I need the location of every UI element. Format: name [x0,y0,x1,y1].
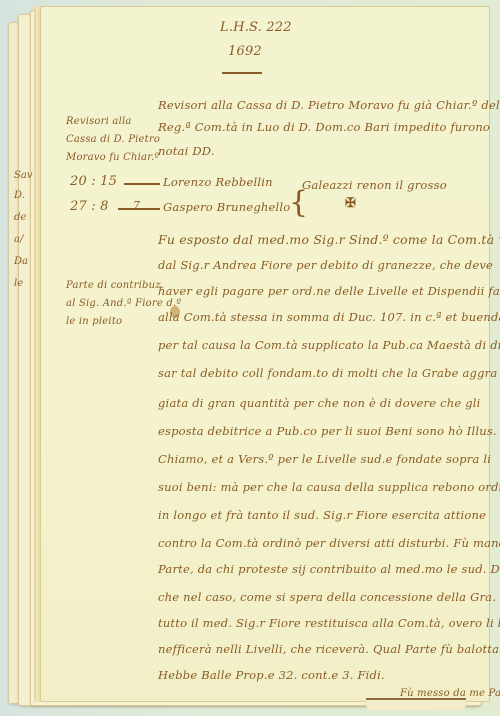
bracket-note: Galeazzi renon il grosso [302,178,447,192]
body-line: contro la Com.tà ordinò per diversi atti… [158,536,500,550]
edge-fragment: Da [14,256,28,267]
body-line: nefficerà nelli Livelli, che riceverà. Q… [158,642,500,656]
body-line: giata di gran quantità per che non è di … [158,396,481,410]
edge-fragment: a/ [14,234,23,245]
vote-count: 20 : 15 [70,174,117,189]
candidate-name: Gaspero Bruneghello [163,200,290,214]
header-underline [222,72,262,74]
body-line: notai DD. [158,144,215,158]
body-line: suoi beni: mà per che la causa della sup… [158,480,500,494]
body-line: Reg.ª Com.tà in Luo di D. Dom.co Bari im… [158,120,490,134]
body-line: alla Com.tà stessa in somma di Duc. 107.… [158,310,500,324]
header-reference: L.H.S. 222 [220,20,292,35]
vote-mark: 7 [133,199,140,212]
margin-note-line: Cassa di D. Pietro [66,134,160,145]
signature: Fù messo da me Pavan [400,688,500,699]
brace-mark: { [289,188,308,218]
body-line: Hebbe Balle Prop.e 32. cont.e 3. Fidi. [158,668,385,682]
margin-note-line: Parte di contribuz. [66,280,164,291]
body-line: in longo et frà tanto il sud. Sig.r Fior… [158,508,486,522]
body-line: Parte, da chi proteste sij contribuito a… [158,562,500,576]
margin-note-line: Moravo fu Chiar.º [66,152,159,163]
candidate-name: Lorenzo Rebbellin [163,175,273,189]
header-year: 1692 [228,44,262,59]
margin-note-line: al Sig. And.ª Fiore d.º [66,298,181,309]
body-line: Revisori alla Cassa di D. Pietro Moravo … [158,98,500,112]
edge-fragment: de [14,212,26,223]
page-tab [366,698,466,710]
cross-mark: ✠ [345,196,356,211]
vote-count: 27 : 8 [70,199,109,214]
body-line: che nel caso, come si spera della conces… [158,590,496,604]
edge-fragment: le [14,278,23,289]
body-line: Chiamo, et a Vers.º per le Livelle sud.e… [158,452,491,466]
edge-fragment: D. [14,190,25,201]
margin-note-line: Revisori alla [66,116,132,127]
body-line: sar tal debito coll fondam.to di molti c… [158,366,497,380]
body-line: Fu esposto dal med.mo Sig.r Sind.º come … [158,232,500,247]
body-line: tutto il med. Sig.r Fiore restituisca al… [158,616,500,630]
body-line: per tal causa la Com.tà supplicato la Pu… [158,338,500,352]
body-line: esposta debitrice a Pub.co per li suoi B… [158,424,497,438]
margin-note-line: le in pleito [66,316,122,327]
body-line: haver egli pagare per ord.ne delle Livel… [158,284,500,298]
edge-fragment: Sav [14,170,32,181]
dash-line [124,183,160,185]
body-line: dal Sig.r Andrea Fiore per debito di gra… [158,258,493,272]
